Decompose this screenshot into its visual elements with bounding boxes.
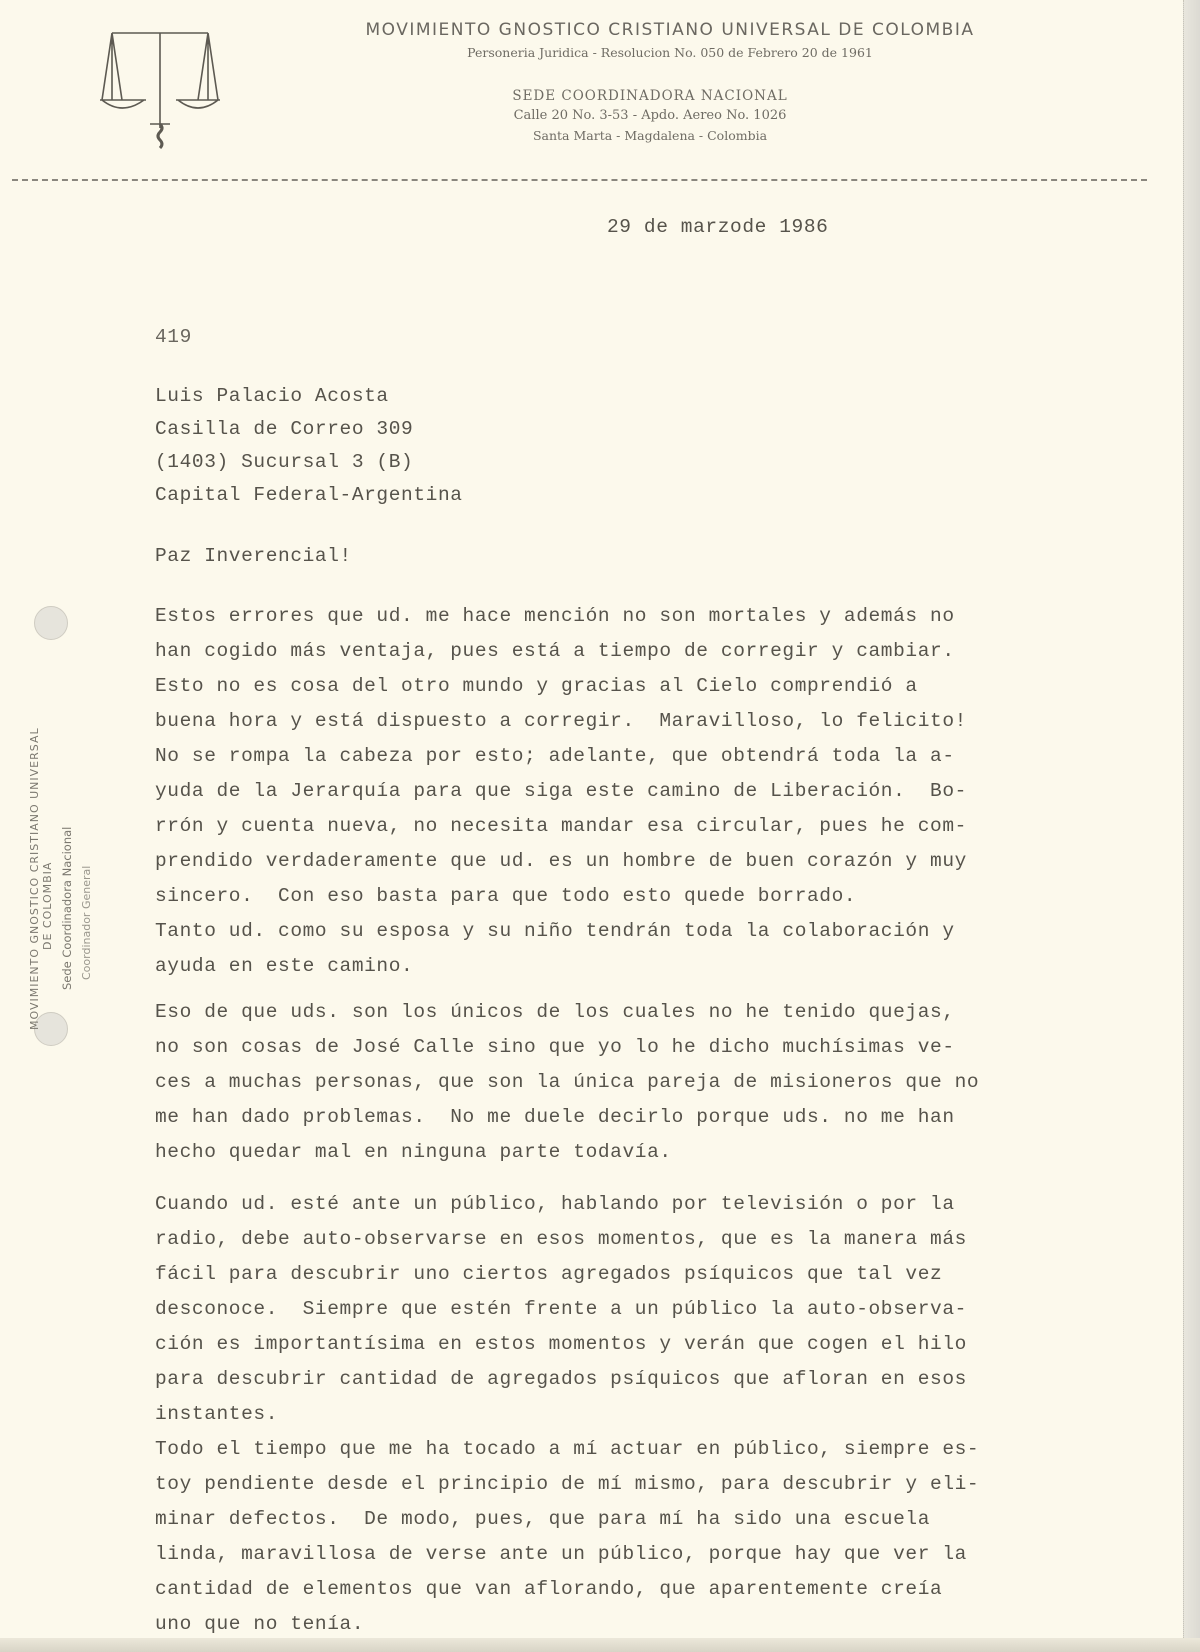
paragraph: Cuando ud. esté ante un público, habland… — [155, 1187, 979, 1642]
text-line: uno que no tenía. — [155, 1607, 979, 1642]
paragraph: Eso de que uds. son los únicos de los cu… — [155, 995, 979, 1170]
recipient-address-line: Casilla de Correo 309 — [155, 413, 413, 446]
text-line: cantidad de elementos que van aflorando,… — [155, 1572, 979, 1607]
text-line: me han dado problemas. No me duele decir… — [155, 1100, 979, 1135]
stamp-line: Coordinador General — [80, 727, 93, 1030]
text-line: hecho quedar mal en ninguna parte todaví… — [155, 1135, 979, 1170]
paragraph: Estos errores que ud. me hace mención no… — [155, 599, 967, 984]
text-line: fácil para descubrir uno ciertos agregad… — [155, 1257, 979, 1292]
recipient-name: Luis Palacio Acosta — [155, 380, 389, 413]
text-line: ción es importantísima en estos momentos… — [155, 1327, 979, 1362]
text-line: sincero. Con eso basta para que todo est… — [155, 879, 967, 914]
text-line: ces a muchas personas, que son la única … — [155, 1065, 979, 1100]
text-line: Cuando ud. esté ante un público, habland… — [155, 1187, 979, 1222]
recipient-address-line: Capital Federal-Argentina — [155, 479, 463, 512]
text-line: Eso de que uds. son los únicos de los cu… — [155, 995, 979, 1030]
organization-legal-status: Personeria Juridica - Resolucion No. 050… — [300, 45, 1040, 60]
text-line: radio, debe auto-observarse en esos mome… — [155, 1222, 979, 1257]
scales-of-justice-icon — [100, 20, 220, 150]
text-line: para descubrir cantidad de agregados psí… — [155, 1362, 979, 1397]
text-line: buena hora y está dispuesto a corregir. … — [155, 704, 967, 739]
text-line: no son cosas de José Calle sino que yo l… — [155, 1030, 979, 1065]
headquarters-title: SEDE COORDINADORA NACIONAL — [420, 88, 880, 104]
text-line: Todo el tiempo que me ha tocado a mí act… — [155, 1432, 979, 1467]
text-line: linda, maravillosa de verse ante un públ… — [155, 1537, 979, 1572]
text-line: prendido verdaderamente que ud. es un ho… — [155, 844, 967, 879]
reference-number: 419 — [155, 326, 192, 348]
recipient-address-line: (1403) Sucursal 3 (B) — [155, 446, 413, 479]
text-line: ayuda en este camino. — [155, 949, 967, 984]
text-line: han cogido más ventaja, pues está a tiem… — [155, 634, 967, 669]
text-line: Esto no es cosa del otro mundo y gracias… — [155, 669, 967, 704]
text-line: yuda de la Jerarquía para que siga este … — [155, 774, 967, 809]
stamp-line: Sede Coordinadora Nacional — [60, 727, 74, 1030]
stamp-line: DE COLOMBIA — [41, 727, 54, 1030]
text-line: desconoce. Siempre que estén frente a un… — [155, 1292, 979, 1327]
headquarters-city: Santa Marta - Magdalena - Colombia — [420, 128, 880, 143]
letterhead-divider — [12, 179, 1147, 181]
text-line: instantes. — [155, 1397, 979, 1432]
text-line: rrón y cuenta nueva, no necesita mandar … — [155, 809, 967, 844]
punch-hole — [34, 606, 68, 640]
text-line: No se rompa la cabeza por esto; adelante… — [155, 739, 967, 774]
text-line: Estos errores que ud. me hace mención no… — [155, 599, 967, 634]
headquarters-address: Calle 20 No. 3-53 - Apdo. Aereo No. 1026 — [420, 108, 880, 123]
text-line: toy pendiente desde el principio de mí m… — [155, 1467, 979, 1502]
text-line: minar defectos. De modo, pues, que para … — [155, 1502, 979, 1537]
page-edge-right — [1183, 0, 1200, 1652]
letter-date: 29 de marzode 1986 — [607, 216, 828, 238]
organization-name: MOVIMIENTO GNOSTICO CRISTIANO UNIVERSAL … — [300, 20, 1040, 40]
organization-stamp: MOVIMIENTO GNOSTICO CRISTIANO UNIVERSAL … — [28, 727, 93, 1030]
text-line: Tanto ud. como su esposa y su niño tendr… — [155, 914, 967, 949]
stamp-line: MOVIMIENTO GNOSTICO CRISTIANO UNIVERSAL — [28, 727, 41, 1030]
greeting: Paz Inverencial! — [155, 545, 352, 567]
